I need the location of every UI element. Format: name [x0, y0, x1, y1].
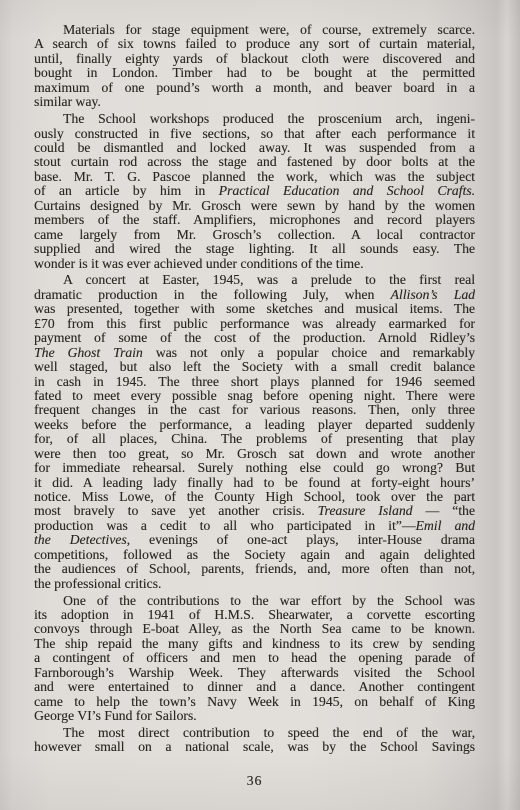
paragraph: Materials for stage equipment were, of c…	[34, 23, 475, 110]
text-line: George VI’s Fund for Sailors.	[34, 709, 475, 723]
text-line: a contingent of officers and men to head…	[34, 651, 475, 665]
text-line: frequent changes in the cast for various…	[34, 403, 475, 417]
italic-title: Practical Education and School Crafts.	[219, 184, 475, 198]
text-line: One of the contributions to the war effo…	[34, 594, 475, 608]
text-line: of an article by him in Practical Educat…	[34, 184, 475, 198]
italic-title: The Ghost Train	[34, 346, 143, 360]
text-line: well staged, but also left the Society w…	[34, 360, 475, 374]
text-line: were then too great, so Mr. Grosch sat d…	[34, 447, 475, 461]
text-line: however small on a national scale, was b…	[34, 740, 475, 754]
text-line: The most direct contribution to speed th…	[34, 726, 475, 740]
text-line: in cash in 1945. The three short plays p…	[34, 375, 475, 389]
text-line: could be dismantled and locked away. It …	[34, 141, 475, 155]
paragraph: The School workshops produced the prosce…	[34, 112, 475, 271]
text-line: Curtains designed by Mr. Grosch were sew…	[34, 199, 475, 213]
text-line: similar way.	[34, 95, 475, 109]
paragraph: The most direct contribution to speed th…	[34, 726, 475, 755]
text-line: its adoption in 1941 of H.M.S. Shearwate…	[34, 608, 475, 622]
text-line: production was a cedit to all who partic…	[34, 519, 475, 533]
text-line: base. Mr. T. G. Pascoe planned the work,…	[34, 170, 475, 184]
text-line: came to help the town’s Navy Week in 194…	[34, 695, 475, 709]
text-line: The School workshops produced the prosce…	[34, 112, 475, 126]
text-line: most bravely to save yet another crisis.…	[34, 504, 475, 518]
text-line: bought in London. Timber had to be bough…	[34, 66, 475, 80]
text-line: until, finally eighty yards of blackout …	[34, 52, 475, 66]
text-line: Farnborough’s Warship Week. They afterwa…	[34, 666, 475, 680]
text-line: maximum of one pound’s worth a month, an…	[34, 81, 475, 95]
text-block: Materials for stage equipment were, of c…	[34, 23, 475, 788]
text-line: The ship repaid the many gifts and kindn…	[34, 637, 475, 651]
text-line: it did. A leading lady finally had to be…	[34, 476, 475, 490]
text-line: ously constructed in five sections, so t…	[34, 127, 475, 141]
paragraph: One of the contributions to the war effo…	[34, 594, 475, 724]
italic-title: Treasure Island	[318, 504, 413, 518]
text-line: for, of all places, China. The problems …	[34, 432, 475, 446]
text-line: A concert at Easter, 1945, was a prelude…	[34, 273, 475, 287]
text-line: the professional critics.	[34, 577, 475, 591]
text-line: was presented, together with some sketch…	[34, 302, 475, 316]
text-line: the audiences of School, parents, friend…	[34, 562, 475, 576]
text-line: for immediate rehearsal. Surely nothing …	[34, 461, 475, 475]
text-line: Materials for stage equipment were, of c…	[34, 23, 475, 37]
text-line: £70 from this first public performance w…	[34, 317, 475, 331]
text-line: and were entertained to dinner and a dan…	[34, 680, 475, 694]
text-line: weeks before the performance, a leading …	[34, 418, 475, 432]
text-line: the Detectives, evenings of one-act play…	[34, 533, 475, 547]
text-line: notice. Miss Lowe, of the County High Sc…	[34, 490, 475, 504]
book-page-scan: Materials for stage equipment were, of c…	[0, 0, 520, 810]
text-line: A search of six towns failed to produce …	[34, 37, 475, 51]
text-line: payment of some of the cost of the produ…	[34, 331, 475, 345]
text-line: supplied and wired the stage lighting. I…	[34, 242, 475, 256]
text-line: stout curtain rod across the stage and f…	[34, 155, 475, 169]
text-line: members of the staff. Amplifiers, microp…	[34, 213, 475, 227]
page-number: 36	[34, 774, 475, 788]
text-line: competitions, followed as the Society ag…	[34, 548, 475, 562]
text-line: dramatic production in the following Jul…	[34, 288, 475, 302]
text-line: convoys through E-boat Alley, as the Nor…	[34, 622, 475, 636]
italic-title: Allison’s Lad	[391, 288, 475, 302]
italic-title: the Detectives	[34, 533, 127, 547]
text-line: came largely from Mr. Grosch’s collectio…	[34, 228, 475, 242]
italic-title: Emil and	[416, 519, 475, 533]
text-line: wonder is it was ever achieved under con…	[34, 257, 475, 271]
text-line: The Ghost Train was not only a popular c…	[34, 346, 475, 360]
paragraph: A concert at Easter, 1945, was a prelude…	[34, 273, 475, 591]
text-line: fated to meet every possible snag before…	[34, 389, 475, 403]
